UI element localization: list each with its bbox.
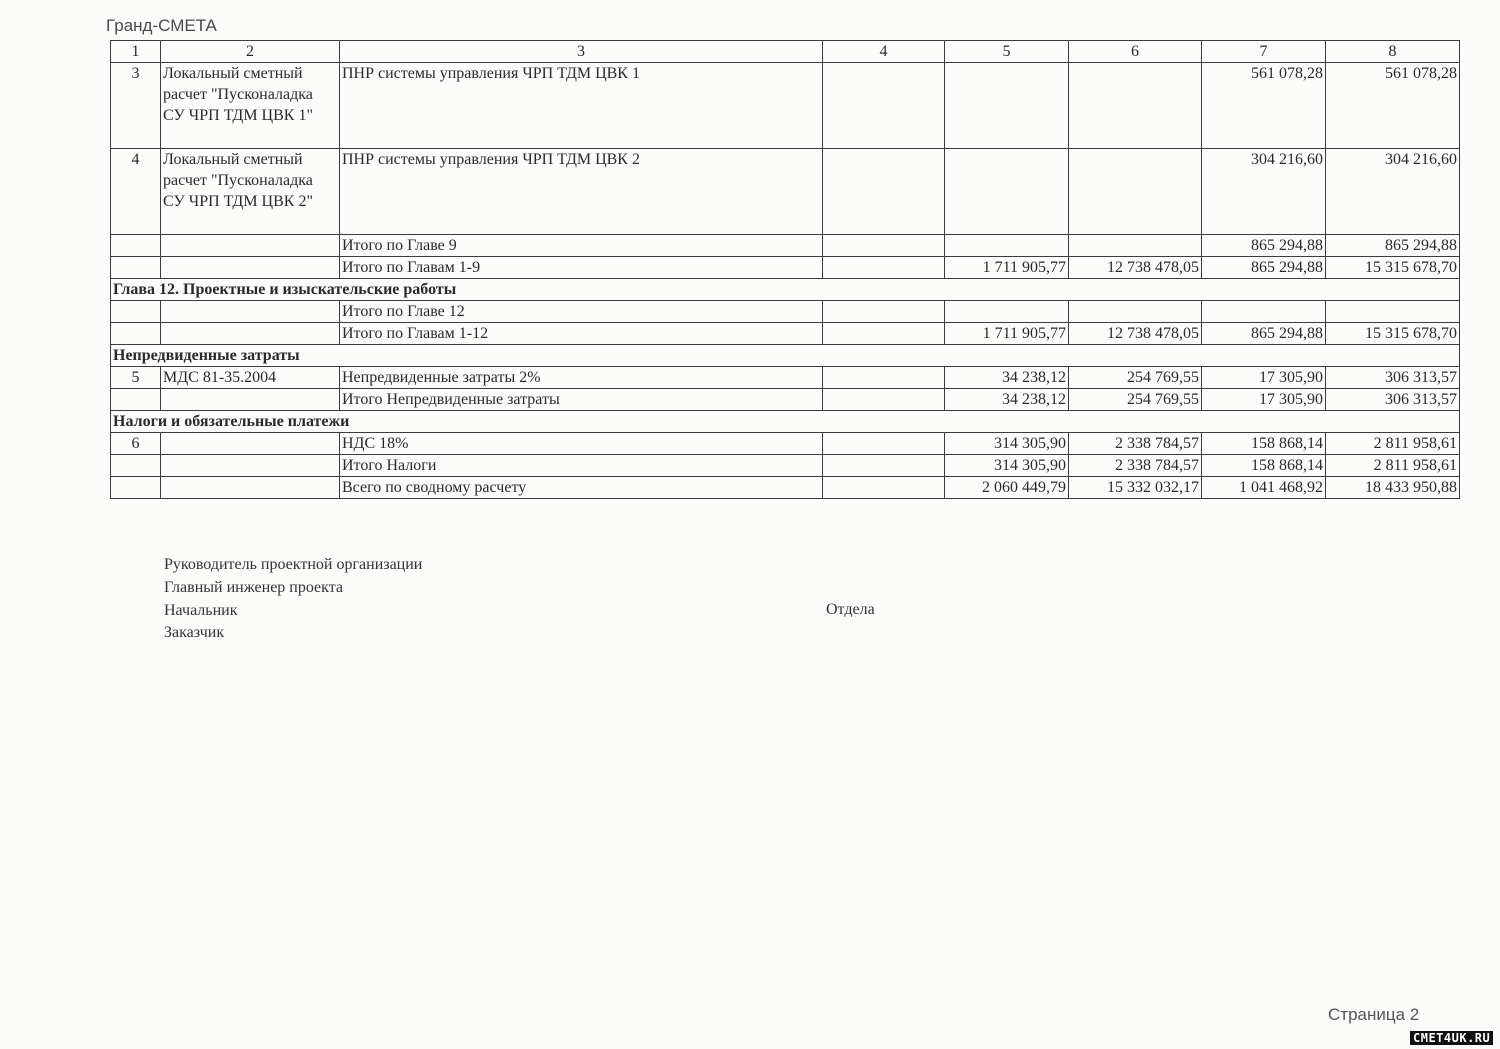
- section-header-row: Налоги и обязательные платежи: [111, 411, 1460, 433]
- col7-cell: [1202, 301, 1326, 323]
- col5-cell: [945, 63, 1069, 149]
- table-row: 5МДС 81-35.2004Непредвиденные затраты 2%…: [111, 367, 1460, 389]
- basis-cell: МДС 81-35.2004: [161, 367, 340, 389]
- table-row: Итого по Главе 9865 294,88865 294,88: [111, 235, 1460, 257]
- col5-cell: [945, 301, 1069, 323]
- name-cell: Итого по Главе 12: [340, 301, 823, 323]
- col5-cell: 314 305,90: [945, 455, 1069, 477]
- basis-cell: [161, 389, 340, 411]
- total-cell: 306 313,57: [1326, 389, 1460, 411]
- table-row: Итого по Главам 1-121 711 905,7712 738 4…: [111, 323, 1460, 345]
- table-row: 4Локальный сметный расчет "Пусконаладка …: [111, 149, 1460, 235]
- section-title: Глава 12. Проектные и изыскательские раб…: [111, 279, 1460, 301]
- total-cell: 15 315 678,70: [1326, 323, 1460, 345]
- column-number: 3: [340, 41, 823, 63]
- col7-cell: 1 041 468,92: [1202, 477, 1326, 499]
- col7-cell: 158 868,14: [1202, 433, 1326, 455]
- col6-cell: 2 338 784,57: [1069, 433, 1202, 455]
- column-number: 4: [823, 41, 945, 63]
- signature-line: Главный инженер проекта: [164, 579, 343, 597]
- row-number: 6: [111, 433, 161, 455]
- column-number: 2: [161, 41, 340, 63]
- col4-cell: [823, 367, 945, 389]
- col4-cell: [823, 301, 945, 323]
- column-number: 7: [1202, 41, 1326, 63]
- section-title: Непредвиденные затраты: [111, 345, 1460, 367]
- col5-cell: 34 238,12: [945, 389, 1069, 411]
- col5-cell: 1 711 905,77: [945, 257, 1069, 279]
- name-cell: Итого Налоги: [340, 455, 823, 477]
- col4-cell: [823, 235, 945, 257]
- total-cell: 561 078,28: [1326, 63, 1460, 149]
- col5-cell: 2 060 449,79: [945, 477, 1069, 499]
- name-cell: Итого по Главе 9: [340, 235, 823, 257]
- col5-cell: 1 711 905,77: [945, 323, 1069, 345]
- row-number: [111, 235, 161, 257]
- row-number: 4: [111, 149, 161, 235]
- total-cell: 304 216,60: [1326, 149, 1460, 235]
- col7-cell: 17 305,90: [1202, 367, 1326, 389]
- col6-cell: 12 738 478,05: [1069, 257, 1202, 279]
- col4-cell: [823, 389, 945, 411]
- name-cell: Всего по сводному расчету: [340, 477, 823, 499]
- column-number: 8: [1326, 41, 1460, 63]
- name-cell: Итого по Главам 1-9: [340, 257, 823, 279]
- page-number: Страница 2: [1328, 1005, 1419, 1025]
- basis-cell: [161, 235, 340, 257]
- basis-cell: Локальный сметный расчет "Пусконаладка С…: [161, 63, 340, 149]
- column-number: 1: [111, 41, 161, 63]
- col5-cell: 314 305,90: [945, 433, 1069, 455]
- table-row: 6НДС 18%314 305,902 338 784,57158 868,14…: [111, 433, 1460, 455]
- table-row: 3Локальный сметный расчет "Пусконаладка …: [111, 63, 1460, 149]
- total-cell: 865 294,88: [1326, 235, 1460, 257]
- col6-cell: 254 769,55: [1069, 367, 1202, 389]
- col4-cell: [823, 455, 945, 477]
- col4-cell: [823, 257, 945, 279]
- col4-cell: [823, 149, 945, 235]
- col6-cell: [1069, 235, 1202, 257]
- table-row: Итого Налоги314 305,902 338 784,57158 86…: [111, 455, 1460, 477]
- name-cell: ПНР системы управления ЧРП ТДМ ЦВК 1: [340, 63, 823, 149]
- row-number: [111, 389, 161, 411]
- col5-cell: [945, 149, 1069, 235]
- watermark: CMET4UK.RU: [1410, 1031, 1493, 1045]
- col4-cell: [823, 433, 945, 455]
- table-row: Итого по Главам 1-91 711 905,7712 738 47…: [111, 257, 1460, 279]
- col7-cell: 158 868,14: [1202, 455, 1326, 477]
- total-cell: 306 313,57: [1326, 367, 1460, 389]
- table-row: Итого Непредвиденные затраты34 238,12254…: [111, 389, 1460, 411]
- col6-cell: 15 332 032,17: [1069, 477, 1202, 499]
- app-title: Гранд-СМЕТА: [106, 16, 217, 36]
- signature-line: Начальник: [164, 602, 237, 620]
- row-number: [111, 455, 161, 477]
- col6-cell: 254 769,55: [1069, 389, 1202, 411]
- col4-cell: [823, 323, 945, 345]
- column-number-row: 1 2 3 4 5 6 7 8: [111, 41, 1460, 63]
- name-cell: Итого по Главам 1-12: [340, 323, 823, 345]
- col7-cell: 304 216,60: [1202, 149, 1326, 235]
- row-number: 5: [111, 367, 161, 389]
- col7-cell: 17 305,90: [1202, 389, 1326, 411]
- basis-cell: [161, 323, 340, 345]
- basis-cell: [161, 477, 340, 499]
- col6-cell: 12 738 478,05: [1069, 323, 1202, 345]
- department-label: Отдела: [826, 601, 875, 619]
- basis-cell: [161, 301, 340, 323]
- section-title: Налоги и обязательные платежи: [111, 411, 1460, 433]
- name-cell: НДС 18%: [340, 433, 823, 455]
- signature-line: Заказчик: [164, 624, 224, 642]
- row-number: 3: [111, 63, 161, 149]
- total-cell: 18 433 950,88: [1326, 477, 1460, 499]
- col6-cell: [1069, 301, 1202, 323]
- table-row: Итого по Главе 12: [111, 301, 1460, 323]
- row-number: [111, 323, 161, 345]
- basis-cell: Локальный сметный расчет "Пусконаладка С…: [161, 149, 340, 235]
- name-cell: Непредвиденные затраты 2%: [340, 367, 823, 389]
- col7-cell: 865 294,88: [1202, 235, 1326, 257]
- row-number: [111, 257, 161, 279]
- col4-cell: [823, 477, 945, 499]
- row-number: [111, 477, 161, 499]
- col7-cell: 865 294,88: [1202, 257, 1326, 279]
- col7-cell: 865 294,88: [1202, 323, 1326, 345]
- col7-cell: 561 078,28: [1202, 63, 1326, 149]
- section-header-row: Непредвиденные затраты: [111, 345, 1460, 367]
- row-number: [111, 301, 161, 323]
- total-cell: 2 811 958,61: [1326, 433, 1460, 455]
- total-cell: 15 315 678,70: [1326, 257, 1460, 279]
- col6-cell: [1069, 63, 1202, 149]
- total-cell: [1326, 301, 1460, 323]
- col6-cell: [1069, 149, 1202, 235]
- signature-line: Руководитель проектной организации: [164, 556, 422, 574]
- col5-cell: [945, 235, 1069, 257]
- summary-estimate-table: 1 2 3 4 5 6 7 8 3Локальный сметный расче…: [110, 40, 1460, 499]
- table-row: Всего по сводному расчету2 060 449,7915 …: [111, 477, 1460, 499]
- name-cell: ПНР системы управления ЧРП ТДМ ЦВК 2: [340, 149, 823, 235]
- basis-cell: [161, 455, 340, 477]
- section-header-row: Глава 12. Проектные и изыскательские раб…: [111, 279, 1460, 301]
- col4-cell: [823, 63, 945, 149]
- basis-cell: [161, 257, 340, 279]
- column-number: 6: [1069, 41, 1202, 63]
- column-number: 5: [945, 41, 1069, 63]
- col5-cell: 34 238,12: [945, 367, 1069, 389]
- total-cell: 2 811 958,61: [1326, 455, 1460, 477]
- col6-cell: 2 338 784,57: [1069, 455, 1202, 477]
- basis-cell: [161, 433, 340, 455]
- name-cell: Итого Непредвиденные затраты: [340, 389, 823, 411]
